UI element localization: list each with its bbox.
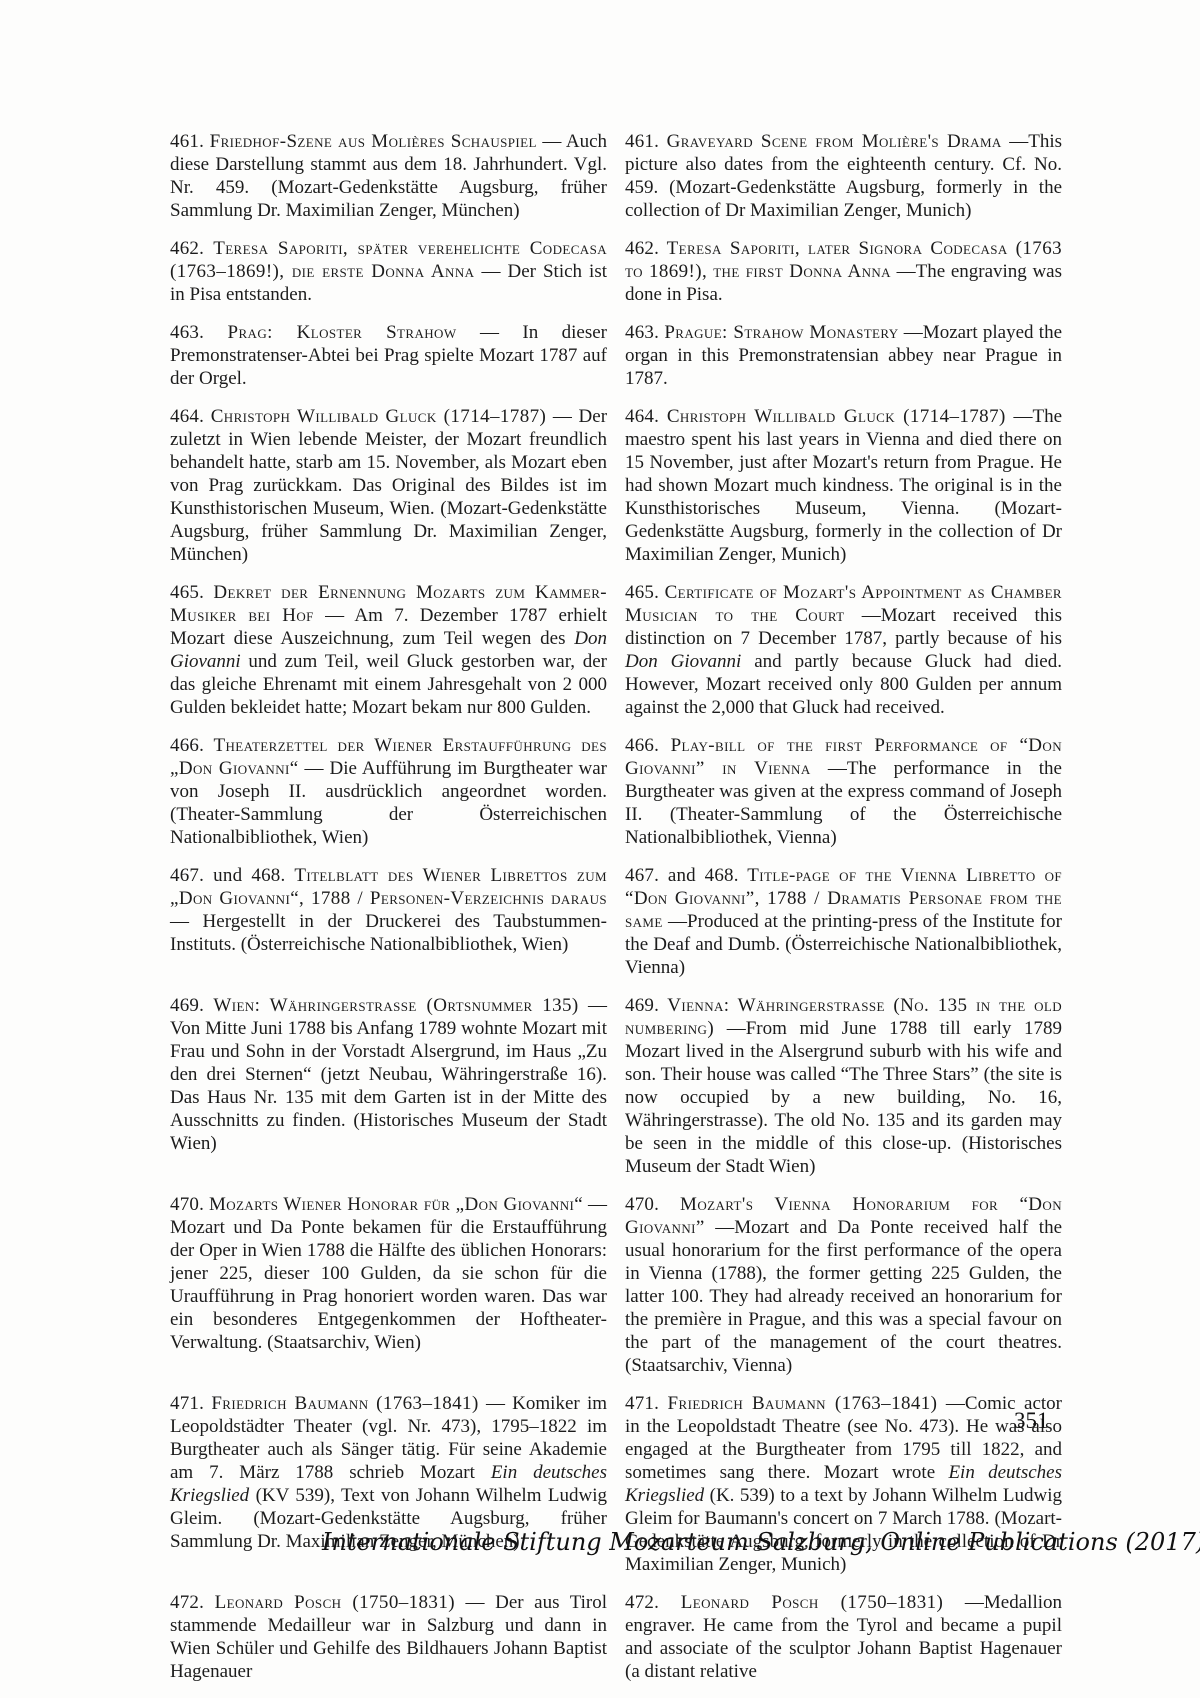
entry-463-en: 463. Prague: Strahow Monastery —Mozart p…	[625, 321, 1062, 390]
entry-467-468-de: 467. und 468. Titelblatt des Wiener Libr…	[170, 864, 607, 979]
entry-heading-de: Friedhof-Szene aus Molières Schauspiel	[210, 131, 537, 152]
entry-number-de: 472.	[170, 1592, 204, 1613]
entry-body-en: —Mozart and Da Ponte received half the u…	[625, 1217, 1062, 1376]
page-number: 351	[1014, 1408, 1049, 1434]
entry-number-de: 461.	[170, 131, 204, 152]
entry-number-de: 471.	[170, 1393, 204, 1414]
entry-number-en: 469.	[625, 995, 659, 1016]
entry-row-463: 463. Prag: Kloster Strahow — In dieser P…	[170, 321, 1062, 390]
entry-number-de: 465.	[170, 582, 204, 603]
entry-470-de: 470. Mozarts Wiener Honorar für „Don Gio…	[170, 1193, 607, 1377]
entry-body-en: —Produced at the printing-press of the I…	[625, 911, 1062, 978]
entry-row-466: 466. Theaterzettel der Wiener Erstauffüh…	[170, 734, 1062, 849]
footer-credit: Internationale Stiftung Mozarteum Salzbu…	[322, 1528, 1082, 1556]
entry-466-de: 466. Theaterzettel der Wiener Erstauffüh…	[170, 734, 607, 849]
entry-row-472: 472. Leonard Posch (1750–1831) — Der aus…	[170, 1591, 1062, 1683]
entry-461-en: 461. Graveyard Scene from Molière's Dram…	[625, 130, 1062, 222]
entry-number-en: 462.	[625, 238, 659, 259]
entry-heading-en: Graveyard Scene from Molière's Drama	[667, 131, 1002, 152]
entry-row-461: 461. Friedhof-Szene aus Molières Schausp…	[170, 130, 1062, 222]
entry-number-en: 463.	[625, 322, 659, 343]
entry-number-de: 470.	[170, 1194, 204, 1215]
entry-469-en: 469. Vienna: Währingerstrasse (No. 135 i…	[625, 994, 1062, 1178]
entry-heading-en: Prague: Strahow Monastery	[664, 322, 898, 343]
entry-row-469: 469. Wien: Währingerstrasse (Ortsnummer …	[170, 994, 1062, 1178]
entry-number-de: 469.	[170, 995, 204, 1016]
entry-462-en: 462. Teresa Saporiti, later Signora Code…	[625, 237, 1062, 306]
entry-467-468-en: 467. and 468. Title-page of the Vienna L…	[625, 864, 1062, 979]
entry-number-en: 471.	[625, 1393, 659, 1414]
entry-body-en: —The maestro spent his last years in Vie…	[625, 406, 1062, 565]
entry-row-467-468: 467. und 468. Titelblatt des Wiener Libr…	[170, 864, 1062, 979]
entry-heading-en: Leonard Posch (1750–1831)	[681, 1592, 944, 1613]
entry-body-de: — Mozart und Da Ponte bekamen für die Er…	[170, 1194, 607, 1353]
entry-heading-de: Leonard Posch (1750–1831)	[215, 1592, 455, 1613]
catalog-entries: 461. Friedhof-Szene aus Molières Schausp…	[170, 130, 1062, 1698]
entry-number-en: 470.	[625, 1194, 659, 1215]
entry-row-470: 470. Mozarts Wiener Honorar für „Don Gio…	[170, 1193, 1062, 1377]
entry-body-de: — Der zuletzt in Wien lebende Meister, d…	[170, 406, 607, 565]
entry-465-en: 465. Certificate of Mozart's Appointment…	[625, 581, 1062, 719]
entry-463-de: 463. Prag: Kloster Strahow — In dieser P…	[170, 321, 607, 390]
entry-heading-de: Christoph Willibald Gluck (1714–1787)	[211, 406, 547, 427]
entry-body-de: — Von Mitte Juni 1788 bis Anfang 1789 wo…	[170, 995, 607, 1154]
entry-number-en: 464.	[625, 406, 659, 427]
entry-number-de: 463.	[170, 322, 204, 343]
entry-470-en: 470. Mozart's Vienna Honorarium for “Don…	[625, 1193, 1062, 1377]
entry-number-de: 462.	[170, 238, 204, 259]
entry-row-464: 464. Christoph Willibald Gluck (1714–178…	[170, 405, 1062, 566]
entry-464-en: 464. Christoph Willibald Gluck (1714–178…	[625, 405, 1062, 566]
entry-469-de: 469. Wien: Währingerstrasse (Ortsnummer …	[170, 994, 607, 1178]
entry-464-de: 464. Christoph Willibald Gluck (1714–178…	[170, 405, 607, 566]
entry-heading-de: Wien: Währingerstrasse (Ortsnummer 135)	[213, 995, 578, 1016]
entry-number-en: 472.	[625, 1592, 659, 1613]
entry-row-465: 465. Dekret der Ernennung Mozarts zum Ka…	[170, 581, 1062, 719]
entry-number-en: 467. and 468.	[625, 865, 739, 886]
entry-number-en: 465.	[625, 582, 659, 603]
entry-number-en: 466.	[625, 735, 659, 756]
entry-465-de: 465. Dekret der Ernennung Mozarts zum Ka…	[170, 581, 607, 719]
entry-number-de: 466.	[170, 735, 204, 756]
entry-heading-de: Friedrich Baumann (1763–1841)	[211, 1393, 478, 1414]
entry-heading-de: Mozarts Wiener Honorar für „Don Giovanni…	[209, 1194, 583, 1215]
entry-body-en: —From mid June 1788 till early 1789 Moza…	[625, 1018, 1062, 1177]
entry-466-en: 466. Play-bill of the first Performance …	[625, 734, 1062, 849]
entry-heading-de: Prag: Kloster Strahow	[228, 322, 457, 343]
entry-472-en: 472. Leonard Posch (1750–1831) —Medallio…	[625, 1591, 1062, 1683]
entry-462-de: 462. Teresa Saporiti, später verehelicht…	[170, 237, 607, 306]
entry-row-462: 462. Teresa Saporiti, später verehelicht…	[170, 237, 1062, 306]
entry-472-de: 472. Leonard Posch (1750–1831) — Der aus…	[170, 1591, 607, 1683]
entry-body-de: — Hergestellt in der Druckerei des Taubs…	[170, 911, 607, 955]
entry-461-de: 461. Friedhof-Szene aus Molières Schausp…	[170, 130, 607, 222]
entry-number-de: 467. und 468.	[170, 865, 285, 886]
entry-heading-en: Christoph Willibald Gluck (1714–1787)	[667, 406, 1006, 427]
entry-number-en: 461.	[625, 131, 659, 152]
entry-number-de: 464.	[170, 406, 204, 427]
entry-heading-en: Friedrich Baumann (1763–1841)	[668, 1393, 938, 1414]
